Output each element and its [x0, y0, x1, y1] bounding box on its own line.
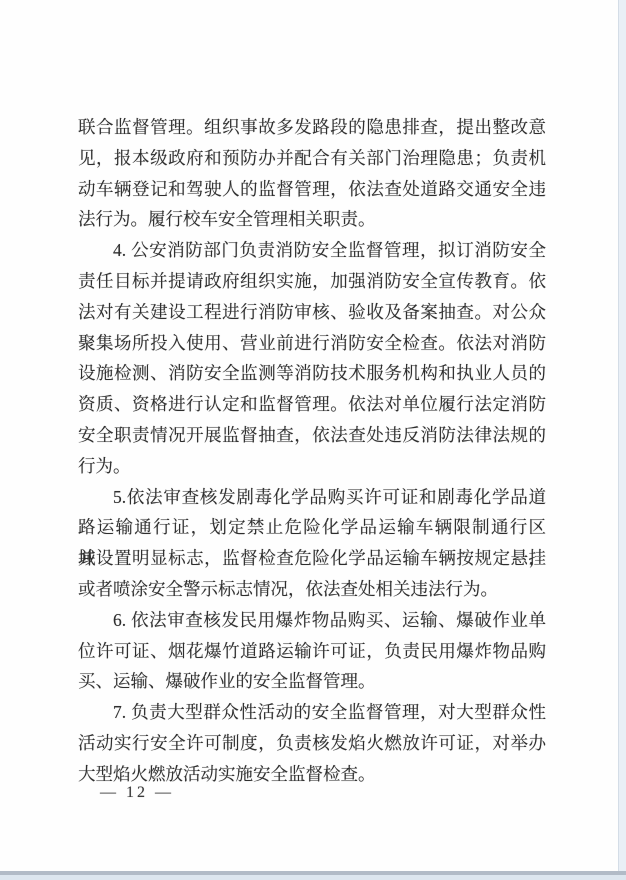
- text-line: 行为。: [78, 451, 546, 482]
- scan-edge-bottom-band: [0, 875, 626, 880]
- scan-edge-right: [618, 0, 626, 880]
- text-line: 4. 公安消防部门负责消防安全监督管理，拟订消防安全: [78, 235, 546, 266]
- text-line: 见，报本级政府和预防办并配合有关部门治理隐患；负责机: [78, 143, 546, 174]
- text-line: 或者喷涂安全警示标志情况，依法查处相关违法行为。: [78, 574, 546, 605]
- page-number: — 12 —: [100, 784, 174, 802]
- text-line: 资质、资格进行认定和监督管理。依法对单位履行法定消防: [78, 389, 546, 420]
- scanned-document-page: 联合监督管理。组织事故多发路段的隐患排查，提出整改意见，报本级政府和预防办并配合…: [0, 0, 626, 880]
- text-line: 法行为。履行校车安全管理相关职责。: [78, 204, 546, 235]
- text-line: 设施检测、消防安全监测等消防技术服务机构和执业人员的: [78, 358, 546, 389]
- text-line: 联合监督管理。组织事故多发路段的隐患排查，提出整改意: [78, 112, 546, 143]
- text-line: 7. 负责大型群众性活动的安全监督管理，对大型群众性: [78, 697, 546, 728]
- text-line: 并设置明显标志，监督检查危险化学品运输车辆按规定悬挂: [78, 543, 546, 574]
- text-line: 聚集场所投入使用、营业前进行消防安全检查。依法对消防: [78, 328, 546, 359]
- text-line: 责任目标并提请政府组织实施，加强消防安全宣传教育。依: [78, 266, 546, 297]
- text-line: 路运输通行证，划定禁止危险化学品运输车辆限制通行区域，: [78, 512, 546, 543]
- text-line: 法对有关建设工程进行消防审核、验收及备案抽查。对公众: [78, 297, 546, 328]
- text-line: 位许可证、烟花爆竹道路运输许可证，负责民用爆炸物品购: [78, 636, 546, 667]
- text-line: 安全职责情况开展监督抽查，依法查处违反消防法律法规的: [78, 420, 546, 451]
- text-line: 活动实行安全许可制度，负责核发焰火燃放许可证，对举办: [78, 728, 546, 759]
- text-line: 买、运输、爆破作业的安全监督管理。: [78, 666, 546, 697]
- text-line: 6. 依法审查核发民用爆炸物品购买、运输、爆破作业单: [78, 605, 546, 636]
- text-block: 联合监督管理。组织事故多发路段的隐患排查，提出整改意见，报本级政府和预防办并配合…: [78, 112, 546, 790]
- text-line: 5.依法审查核发剧毒化学品购买许可证和剧毒化学品道: [78, 482, 546, 513]
- text-line: 动车辆登记和驾驶人的监督管理，依法查处道路交通安全违: [78, 174, 546, 205]
